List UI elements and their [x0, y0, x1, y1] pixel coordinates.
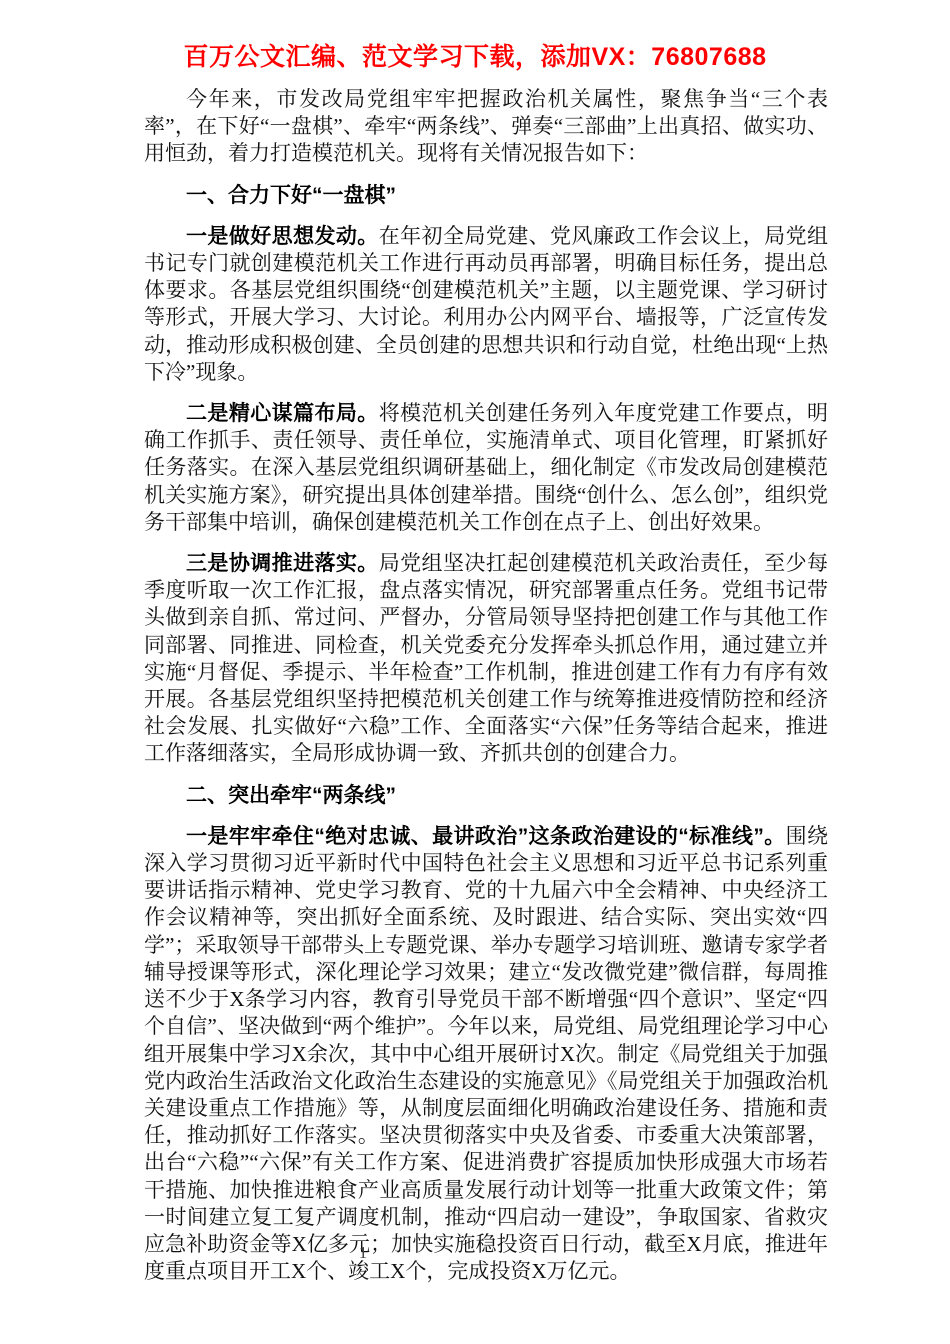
intro-paragraph-text: 今年来，市发改局党组牢牢把握政治机关属性，聚焦争当“三个表率”，在下好“一盘棋”… [144, 87, 828, 165]
section-1-paragraph-1: 一是做好思想发动。在年初全局党建、党风廉政工作会议上，局党组书记专门就创建模范机… [144, 223, 828, 386]
intro-paragraph: 今年来，市发改局党组牢牢把握政治机关属性，聚焦争当“三个表率”，在下好“一盘棋”… [144, 86, 828, 168]
section-1-paragraph-2-lead: 二是精心谋篇布局。 [186, 402, 379, 425]
section-1-paragraph-3-text: 局党组坚决扛起创建模范机关政治责任，至少每季度听取一次工作汇报，盘点落实情况，研… [144, 551, 828, 765]
page-number: 1 [352, 1243, 374, 1263]
document-body: 今年来，市发改局党组牢牢把握政治机关属性，聚焦争当“三个表率”，在下好“一盘棋”… [144, 86, 828, 1285]
section-1-paragraph-1-lead: 一是做好思想发动。 [186, 225, 379, 248]
section-1-heading: 一、合力下好“一盘棋” [144, 182, 828, 209]
section-2-paragraph-1-lead: 一是牢牢牵住“绝对忠诚、最讲政治”这条政治建设的“标准线”。 [186, 825, 786, 848]
section-2-heading: 二、突出牵牢“两条线” [144, 782, 828, 809]
section-1-paragraph-3-lead: 三是协调推进落实。 [186, 552, 379, 575]
section-2-paragraph-1: 一是牢牢牵住“绝对忠诚、最讲政治”这条政治建设的“标准线”。围绕深入学习贯彻习近… [144, 823, 828, 1285]
document-page: { "header": { "notice_text": "百万公文汇编、范文学… [0, 0, 950, 1344]
section-2-paragraph-1-text: 围绕深入学习贯彻习近平新时代中国特色社会主义思想和习近平总书记系列重要讲话指示精… [144, 824, 828, 1283]
section-1-paragraph-3: 三是协调推进落实。局党组坚决扛起创建模范机关政治责任，至少每季度听取一次工作汇报… [144, 550, 828, 768]
section-1-paragraph-2: 二是精心谋篇布局。将模范机关创建任务列入年度党建工作要点，明确工作抓手、责任领导… [144, 400, 828, 536]
header-ad-notice: 百万公文汇编、范文学习下载，添加VX：76807688 [0, 0, 950, 73]
